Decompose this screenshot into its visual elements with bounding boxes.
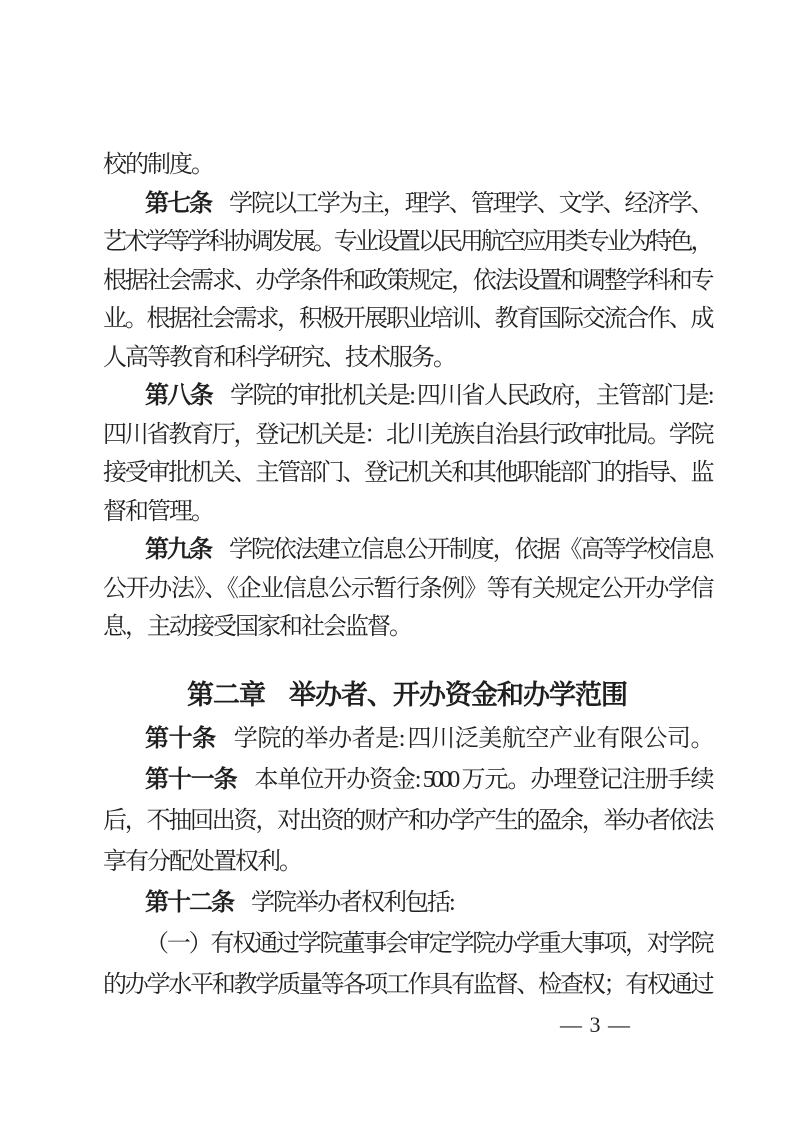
article-label: 第七条 [145, 191, 211, 217]
line-text: 后，不抽回出资，对出资的财产和办学产生的盈余，举办者依法 [103, 808, 711, 834]
line-text: 根据社会需求、办学条件和政策规定，依法设置和调整学科和专 [103, 268, 711, 294]
article-label: 第九条 [145, 537, 211, 563]
article-label: 第十条 [145, 726, 216, 752]
article-label: 第十一条 [145, 767, 237, 793]
line-text: 人高等教育和科学研究、技术服务。 [103, 345, 455, 371]
line-text: 艺术学等学科协调发展。专业设置以民用航空应用类专业为特色， [103, 229, 711, 255]
text-line: 人高等教育和科学研究、技术服务。 [103, 339, 711, 378]
text-line: 享有分配处置权利。 [103, 842, 711, 883]
text-line: 第七条学院以工学为主，理学、管理学、文学、经济学、 [103, 185, 711, 224]
text-line: 公开办法》、《企业信息公示暂行条例》等有关规定公开办学信 [103, 570, 711, 609]
line-text: 享有分配处置权利。 [103, 849, 301, 875]
line-text: 学院的审批机关是: 四川省人民政府，主管部门是: [230, 383, 711, 409]
text-line: 校的制度。 [103, 146, 711, 185]
line-text: 学院的举办者是: 四川泛美航空产业有限公司。 [234, 726, 711, 752]
line-text: 息，主动接受国家和社会监督。 [103, 614, 411, 640]
text-line: 第八条学院的审批机关是: 四川省人民政府，主管部门是: [103, 377, 711, 416]
text-line: 四川省教育厅，登记机关是：北川羌族自治县行政审批局。学院 [103, 416, 711, 455]
line-text: （一）有权通过学院董事会审定学院办学重大事项，对学院 [145, 931, 711, 957]
article-label: 第八条 [145, 383, 212, 409]
text-line: 第九条学院依法建立信息公开制度，依据《高等学校信息 [103, 531, 711, 570]
text-line: 根据社会需求、办学条件和政策规定，依法设置和调整学科和专 [103, 262, 711, 301]
chapter-heading: 第二章举办者、开办资金和办学范围 [103, 676, 711, 714]
line-text: 接受审批机关、主管部门、登记机关和其他职能部门的指导、监 [103, 460, 711, 486]
line-text: 的办学水平和教学质量等各项工作具有监督、检查权；有权通过 [103, 972, 711, 998]
line-text: 公开办法》、《企业信息公示暂行条例》等有关规定公开办学信 [103, 576, 711, 602]
text-line: 第十一条本单位开办资金: 5000 万元。办理登记注册手续 [103, 760, 711, 801]
text-line: 第十条学院的举办者是: 四川泛美航空产业有限公司。 [103, 719, 711, 760]
line-text: 学院依法建立信息公开制度，依据《高等学校信息 [229, 537, 711, 563]
text-line: 的办学水平和教学质量等各项工作具有监督、检查权；有权通过 [103, 965, 711, 1006]
text-line: 息，主动接受国家和社会监督。 [103, 608, 711, 647]
line-text: 校的制度。 [103, 152, 213, 178]
text-line: 艺术学等学科协调发展。专业设置以民用航空应用类专业为特色， [103, 223, 711, 262]
text-line: 业。根据社会需求，积极开展职业培训、教育国际交流合作、成 [103, 300, 711, 339]
text-line: 后，不抽回出资，对出资的财产和办学产生的盈余，举办者依法 [103, 801, 711, 842]
chapter-title: 举办者、开办资金和办学范围 [289, 680, 627, 710]
chapter-number: 第二章 [187, 680, 265, 710]
line-text: 学院举办者权利包括: [251, 890, 454, 916]
line-text: 学院以工学为主，理学、管理学、文学、经济学、 [229, 191, 711, 217]
text-line: 接受审批机关、主管部门、登记机关和其他职能部门的指导、监 [103, 454, 711, 493]
page-number: — 3 — [560, 1008, 720, 1042]
text-line: 督和管理。 [103, 493, 711, 532]
line-text: 本单位开办资金: 5000 万元。办理登记注册手续 [255, 767, 711, 793]
line-text: 四川省教育厅，登记机关是：北川羌族自治县行政审批局。学院 [103, 422, 711, 448]
line-text: 业。根据社会需求，积极开展职业培训、教育国际交流合作、成 [103, 306, 711, 332]
document-page: 校的制度。第七条学院以工学为主，理学、管理学、文学、经济学、艺术学等学科协调发展… [0, 0, 793, 1122]
article-label: 第十二条 [145, 890, 233, 916]
articles-section-top: 校的制度。第七条学院以工学为主，理学、管理学、文学、经济学、艺术学等学科协调发展… [103, 146, 711, 647]
text-line: 第十二条学院举办者权利包括: [103, 883, 711, 924]
text-line: （一）有权通过学院董事会审定学院办学重大事项，对学院 [103, 924, 711, 965]
articles-section-bottom: 第十条学院的举办者是: 四川泛美航空产业有限公司。第十一条本单位开办资金: 50… [103, 719, 711, 1006]
line-text: 督和管理。 [103, 499, 213, 525]
